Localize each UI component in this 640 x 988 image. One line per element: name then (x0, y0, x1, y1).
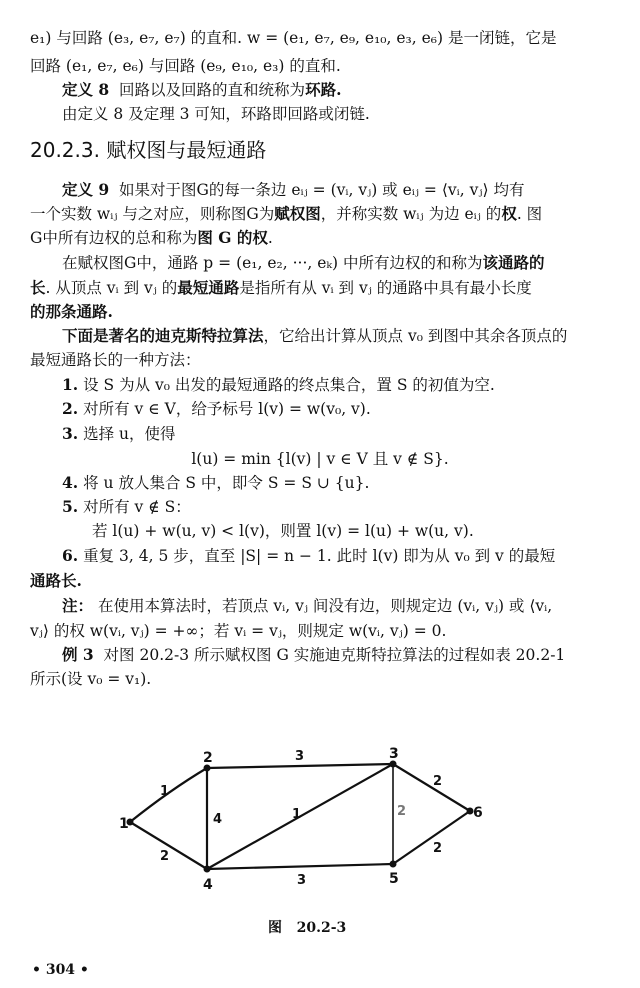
example-3-line-2: 所示(设 v₀ = v₁). (30, 669, 151, 689)
note-text: 在使用本算法时，若顶点 vᵢ, vⱼ 间没有边，则规定边 (vᵢ, vⱼ) 或 … (98, 597, 552, 615)
step-6-continued: 通路长. (30, 571, 82, 591)
path-paragraph-line-1: 在赋权图G中，通路 p = (e₁, e₂, ···, eₖ) 中所有边权的和称… (62, 253, 545, 273)
step-number: 3. (62, 424, 78, 443)
node-label-5: 5 (389, 871, 399, 887)
figure-caption-label: 图 (268, 920, 282, 936)
definition-9-text: . 图 (517, 205, 542, 223)
definition-8: 定义 8 回路以及回路的直和统称为环路. (62, 80, 341, 100)
dijkstra-intro-line-1: 下面是著名的迪克斯特拉算法，它给出计算从顶点 v₀ 到图中其余各顶点的 (62, 326, 567, 346)
graph-edge-weights: 1 2 3 4 1 2 2 3 2 (160, 749, 442, 888)
step-number: 5. (62, 497, 78, 516)
edge-4-5 (207, 864, 393, 869)
step-text: 选择 u，使得 (83, 425, 175, 443)
node-3 (390, 761, 397, 768)
step-number: 6. (62, 546, 78, 565)
definition-9-text: 如果对于图G的每一条边 eᵢⱼ = (vᵢ, vⱼ) 或 eᵢⱼ = ⟨vᵢ, … (119, 181, 524, 199)
weight-4-3: 1 (292, 807, 301, 822)
term-shortest-path: 最短通路 (177, 278, 239, 297)
weight-4-5: 3 (297, 873, 306, 888)
node-label-2: 2 (203, 750, 213, 766)
step-number: 1. (62, 375, 78, 394)
term-path-length: 该通路的 (483, 253, 545, 272)
step-5-formula: 若 l(u) + w(u, v) < l(v)，则置 l(v) = l(u) +… (92, 521, 474, 541)
page-number: • 304 • (32, 960, 89, 980)
section-title: 20.2.3. 赋权图与最短通路 (30, 140, 266, 160)
weight-2-4: 4 (213, 812, 222, 827)
text-line-corollary: 由定义 8 及定理 3 可知，环路即回路或闭链. (62, 104, 370, 124)
definition-9-line-1: 定义 9 如果对于图G的每一条边 eᵢⱼ = (vᵢ, vⱼ) 或 eᵢⱼ = … (62, 180, 524, 200)
graph-node-labels: 1 2 3 4 5 6 (119, 746, 483, 893)
term-graph-weight: 图 G 的权 (197, 228, 268, 247)
step-3-formula: l(u) = min {l(v) | v ∈ V 且 v ∉ S}. (0, 449, 640, 469)
definition-9-label: 定义 9 (62, 180, 109, 199)
weight-1-4: 2 (160, 849, 169, 864)
weight-5-6: 2 (433, 841, 442, 856)
figure-caption-number: 20.2-3 (297, 920, 347, 936)
node-label-4: 4 (203, 877, 213, 893)
edge-3-6 (393, 764, 470, 811)
node-label-1: 1 (119, 816, 129, 832)
step-5: 5. 对所有 v ∉ S： (62, 497, 191, 517)
definition-8-body: 回路以及回路的直和统称为 (119, 81, 305, 99)
definition-9-line-3: G中所有边权的总和称为图 G 的权. (30, 228, 273, 248)
graph-nodes (127, 761, 474, 873)
weight-3-6: 2 (433, 774, 442, 789)
note-line-2: vⱼ⟩ 的权 w(vᵢ, vⱼ) = +∞；若 vᵢ = vⱼ，则规定 w(vᵢ… (30, 621, 446, 641)
path-paragraph-text: . 从顶点 vᵢ 到 vⱼ 的 (46, 279, 178, 297)
weight-1-2: 1 (160, 784, 169, 799)
example-3-label: 例 3 (62, 645, 94, 664)
node-6 (467, 808, 474, 815)
definition-9-text: G中所有边权的总和称为 (30, 229, 197, 247)
weight-3-5: 2 (397, 804, 406, 819)
edge-2-3 (207, 764, 393, 768)
figure-caption: 图 20.2-3 (268, 918, 346, 938)
edge-1-4 (130, 822, 207, 869)
edge-1-2 (130, 768, 207, 822)
edge-5-6 (393, 811, 470, 864)
step-1: 1. 设 S 为从 v₀ 出发的最短通路的终点集合，置 S 的初值为空. (62, 375, 495, 395)
definition-9-text: 一个实数 wᵢⱼ 与之对应，则称图G为 (30, 205, 274, 223)
definition-9-line-2: 一个实数 wᵢⱼ 与之对应，则称图G为赋权图，并称实数 wᵢⱼ 为边 eᵢⱼ 的… (30, 204, 542, 224)
step-3: 3. 选择 u，使得 (62, 424, 176, 444)
example-3-line-1: 例 3 对图 20.2-3 所示赋权图 G 实施迪克斯特拉算法的过程如表 20.… (62, 645, 565, 665)
dijkstra-intro-text: 下面是著名的 (62, 326, 155, 345)
step-text: 将 u 放人集合 S 中，即令 S = S ∪ {u}. (83, 474, 369, 492)
step-text: 对所有 v ∉ S： (83, 498, 191, 516)
note-label: 注： (62, 596, 93, 615)
step-4: 4. 将 u 放人集合 S 中，即令 S = S ∪ {u}. (62, 473, 369, 493)
node-4 (204, 866, 211, 873)
graph-edges (130, 764, 470, 869)
node-5 (390, 861, 397, 868)
node-1 (127, 819, 134, 826)
step-text: 对所有 v ∈ V，给予标号 l(v) = w(v₀, v). (83, 400, 371, 418)
definition-9-text: ，并称实数 wᵢⱼ 为边 eᵢⱼ 的 (321, 205, 502, 223)
term-weight: 权 (501, 204, 517, 223)
node-2 (204, 765, 211, 772)
definition-8-label: 定义 8 (62, 80, 109, 99)
node-label-3: 3 (389, 746, 399, 762)
weight-2-3: 3 (295, 749, 304, 764)
node-label-6: 6 (473, 805, 483, 821)
step-6: 6. 重复 3, 4, 5 步，直至 |S| = n − 1. 此时 l(v) … (62, 546, 555, 566)
definition-9-text: . (268, 229, 273, 247)
note-line-1: 注： 在使用本算法时，若顶点 vᵢ, vⱼ 间没有边，则规定边 (vᵢ, vⱼ)… (62, 596, 552, 616)
step-text: 设 S 为从 v₀ 出发的最短通路的终点集合，置 S 的初值为空. (83, 376, 495, 394)
text-line-continuation-2: 回路 (e₁, e₇, e₆) 与回路 (e₉, e₁₀, e₃) 的直和. (30, 56, 341, 76)
path-paragraph-line-2: 长. 从顶点 vᵢ 到 vⱼ 的最短通路是指所有从 vᵢ 到 vⱼ 的通路中具有… (30, 278, 532, 298)
term-dijkstra: 迪克斯特拉算法 (155, 326, 264, 345)
path-paragraph-text: 在赋权图G中，通路 p = (e₁, e₂, ···, eₖ) 中所有边权的和称… (62, 254, 483, 272)
path-paragraph-line-3: 的那条通路. (30, 302, 113, 322)
step-2: 2. 对所有 v ∈ V，给予标号 l(v) = w(v₀, v). (62, 399, 371, 419)
example-3-text: 对图 20.2-3 所示赋权图 G 实施迪克斯特拉算法的过程如表 20.2-1 (104, 646, 566, 664)
edge-4-3 (207, 764, 393, 869)
path-paragraph-text: 是指所有从 vᵢ 到 vⱼ 的通路中具有最小长度 (239, 279, 531, 297)
step-text: 重复 3, 4, 5 步，直至 |S| = n − 1. 此时 l(v) 即为从… (83, 547, 555, 565)
term-length: 长 (30, 278, 46, 297)
text-line-continuation-1: e₁) 与回路 (e₃, e₇, e₇) 的直和. w = (e₁, e₇, e… (30, 28, 556, 48)
step-number: 2. (62, 399, 78, 418)
term-weighted-graph: 赋权图 (274, 204, 321, 223)
dijkstra-intro-text: ，它给出计算从顶点 v₀ 到图中其余各顶点的 (264, 327, 568, 345)
definition-8-term: 环路. (305, 80, 341, 99)
step-number: 4. (62, 473, 78, 492)
dijkstra-intro-line-2: 最短通路长的一种方法： (30, 350, 201, 370)
